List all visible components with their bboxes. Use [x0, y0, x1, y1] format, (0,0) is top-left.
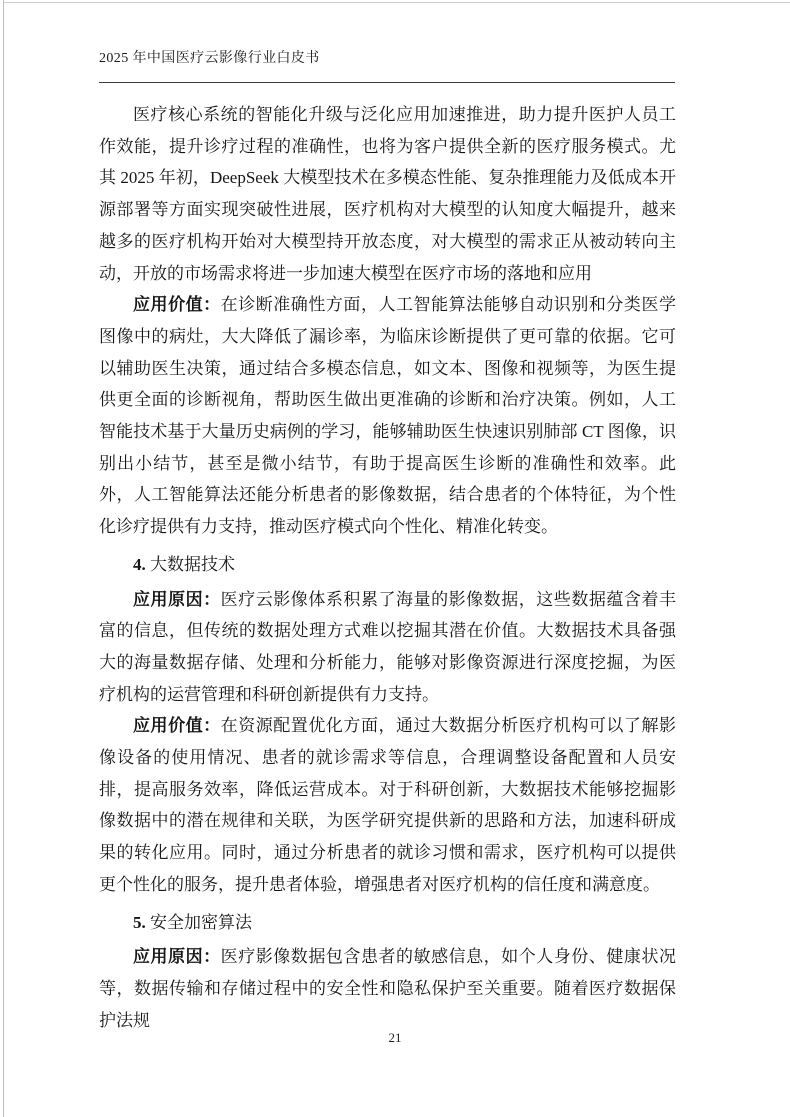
page-footer: 21	[0, 1030, 790, 1046]
body-paragraph: 应用原因：医疗影像数据包含患者的敏感信息，如个人身份、健康状况等，数据传输和存储…	[99, 941, 676, 1036]
section-heading: 4. 大数据技术	[99, 549, 676, 581]
heading-text: 大数据技术	[150, 555, 235, 574]
page-edge-top	[3, 2, 790, 3]
paragraph-text: 医疗核心系统的智能化升级与泛化应用加速推进，助力提升医护人员工作效能，提升诊疗过…	[99, 105, 676, 283]
page-header: 2025 年中国医疗云影像行业白皮书	[99, 47, 320, 67]
paragraph-lead: 应用价值：	[133, 716, 221, 735]
heading-number: 4.	[133, 555, 146, 574]
section-heading: 5. 安全加密算法	[99, 907, 676, 939]
body-paragraph: 应用价值：在资源配置优化方面，通过大数据分析医疗机构可以了解影像设备的使用情况、…	[99, 710, 676, 900]
heading-text: 安全加密算法	[150, 913, 252, 932]
body-paragraph: 应用价值：在诊断准确性方面，人工智能算法能够自动识别和分类医学图像中的病灶，大大…	[99, 289, 676, 543]
paragraph-lead: 应用原因：	[133, 590, 221, 609]
page-number: 21	[389, 1030, 402, 1045]
paragraph-text: 在诊断准确性方面，人工智能算法能够自动识别和分类医学图像中的病灶，大大降低了漏诊…	[99, 295, 676, 536]
document-page: 2025 年中国医疗云影像行业白皮书 医疗核心系统的智能化升级与泛化应用加速推进…	[0, 0, 790, 1117]
paragraph-text: 在资源配置优化方面，通过大数据分析医疗机构可以了解影像设备的使用情况、患者的就诊…	[99, 716, 676, 894]
header-title: 2025 年中国医疗云影像行业白皮书	[99, 51, 320, 66]
paragraph-lead: 应用原因：	[133, 947, 221, 966]
header-divider	[99, 82, 675, 83]
body-paragraph: 应用原因：医疗云影像体系积累了海量的影像数据，这些数据蕴含着丰富的信息，但传统的…	[99, 584, 676, 711]
paragraph-lead: 应用价值：	[133, 295, 221, 314]
heading-number: 5.	[133, 913, 146, 932]
body-paragraph: 医疗核心系统的智能化升级与泛化应用加速推进，助力提升医护人员工作效能，提升诊疗过…	[99, 99, 676, 289]
document-body: 医疗核心系统的智能化升级与泛化应用加速推进，助力提升医护人员工作效能，提升诊疗过…	[99, 99, 676, 1036]
page-edge-left	[3, 0, 4, 1117]
